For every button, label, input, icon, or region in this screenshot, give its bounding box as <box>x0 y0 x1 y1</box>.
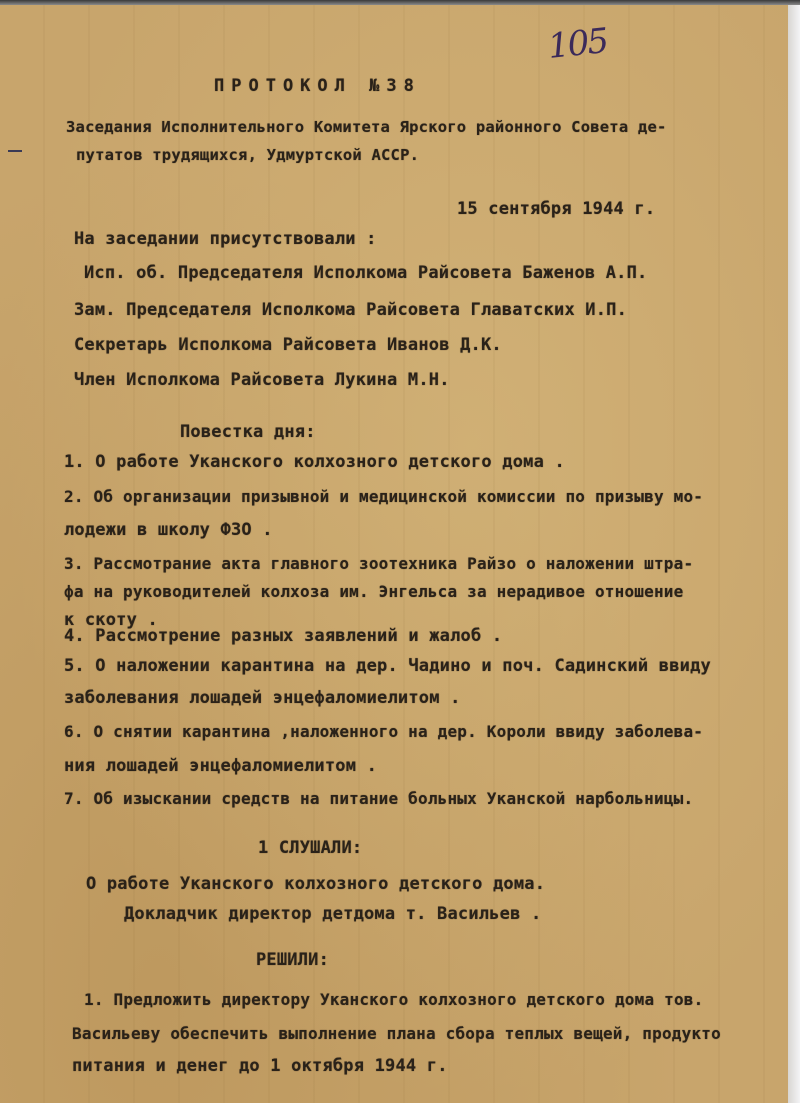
agenda-line: 2. Об организации призывной и медицинско… <box>64 487 703 506</box>
decided-heading: РЕШИЛИ: <box>256 950 329 970</box>
agenda-line: 1. О работе Уканского колхозного детског… <box>64 452 565 472</box>
present-member: Член Исполкома Райсовета Лукина М.Н. <box>74 370 450 390</box>
handwritten-page-number: 105 <box>546 21 609 67</box>
agenda-line: 6. О снятии карантина ,наложенного на де… <box>64 722 703 741</box>
present-member: Зам. Председателя Исполкома Райсовета Гл… <box>74 300 627 320</box>
present-heading: На заседании присутствовали : <box>74 229 377 249</box>
agenda-line: заболевания лошадей энцефаломиелитом . <box>64 688 461 708</box>
agenda-line: 7. Об изыскании средств на питание больн… <box>64 789 693 808</box>
present-member: Исп. об. Председателя Исполкома Райсовет… <box>84 263 647 283</box>
agenda-line: фа на руководителей колхоза им. Энгельса… <box>64 582 683 601</box>
decided-line: 1. Предложить директору Уканского колхоз… <box>84 990 703 1009</box>
margin-mark <box>8 150 22 164</box>
agenda-line: лодежи в школу ФЗО . <box>64 520 273 540</box>
document-date: 15 сентября 1944 г. <box>457 199 655 219</box>
heard-line: Докладчик директор детдома т. Васильев . <box>124 904 541 924</box>
subtitle-line-1: Заседания Исполнительного Комитета Ярско… <box>66 118 667 136</box>
agenda-line: 3. Рассмотрание акта главного зоотехника… <box>64 554 693 573</box>
agenda-line: ния лошадей энцефаломиелитом . <box>64 756 377 776</box>
decided-line: Васильеву обеспечить выполнение плана сб… <box>72 1024 721 1043</box>
agenda-line: 4. Рассмотрение разных заявлений и жалоб… <box>64 626 502 646</box>
scan-right-edge <box>788 5 800 1103</box>
subtitle-line-2: путатов трудящихся, Удмуртской АССР. <box>76 146 419 164</box>
heard-heading: 1 СЛУШАЛИ: <box>258 838 362 858</box>
present-member: Секретарь Исполкома Райсовета Иванов Д.К… <box>74 335 502 355</box>
decided-line: питания и денег до 1 октября 1944 г. <box>72 1056 448 1076</box>
agenda-heading: Повестка дня: <box>180 422 316 442</box>
agenda-line: 5. О наложении карантина на дер. Чадино … <box>64 656 711 676</box>
document-title: ПРОТОКОЛ №38 <box>214 76 421 96</box>
heard-line: О работе Уканского колхозного детского д… <box>86 874 545 894</box>
